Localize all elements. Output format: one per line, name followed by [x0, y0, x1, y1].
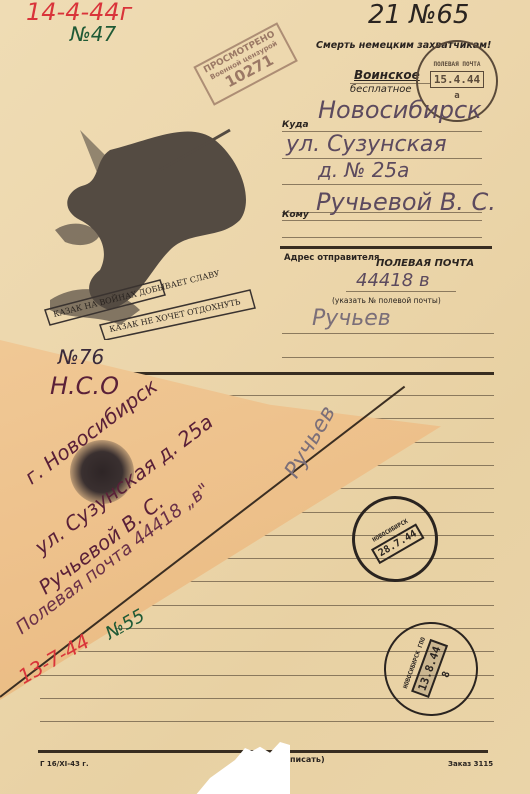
address-line — [282, 357, 494, 358]
label-besplatnoe: бесплатное — [350, 84, 412, 95]
label-komu: Кому — [282, 210, 309, 220]
writing-line — [40, 721, 494, 722]
postmark-top-date: 15.4.44 — [430, 71, 484, 88]
triangle-region: Н.С.О — [50, 372, 119, 400]
kuda-line1: Новосибирск — [318, 96, 482, 124]
postmark-top-ring-text: ПОЛЕВАЯ ПОЧТА — [430, 61, 484, 68]
letter-sheet: 14-4-44г №47 21 №65 ПРОСМОТРЕНО Военной … — [0, 0, 530, 794]
address-line — [282, 333, 494, 334]
top-right-numbers: 21 №65 — [368, 0, 469, 30]
triangle-number: №76 — [58, 345, 104, 369]
address-line — [346, 291, 456, 292]
cossack-rider-illustration: КАЗАК НА ВОЙНАХ ДОБЫВАЕТ СЛАВУ КАЗАК НЕ … — [40, 110, 270, 340]
address-line — [282, 220, 482, 221]
label-sender: Адрес отправителя — [284, 254, 354, 263]
footer-right: Заказ 3115 — [448, 760, 493, 768]
komu-value: Ручьевой В. С. — [316, 188, 496, 216]
sender-signature: Ручьев — [312, 306, 391, 331]
censor-stamp: ПРОСМОТРЕНО Военной цензурой 10271 — [193, 22, 297, 105]
sender-number: 44418 в — [356, 270, 430, 291]
label-voinskoe: Воинское — [354, 68, 420, 82]
label-polevaya-pochta: ПОЛЕВАЯ ПОЧТА — [376, 258, 474, 269]
section-divider — [280, 246, 492, 249]
green-number-top: №47 — [70, 22, 116, 46]
postmark-bottom: НОВОСИБИРСК ГПО 13.8.44 8 — [371, 609, 491, 729]
label-kuda: Куда — [282, 120, 309, 130]
kuda-line2: ул. Сузунская — [286, 132, 447, 157]
kuda-line3: д. № 25а — [318, 158, 409, 182]
address-line — [282, 237, 482, 238]
footer-left: Г 16/XI-43 г. — [40, 760, 89, 768]
sender-hint: (указать № полевой почты) — [332, 296, 441, 305]
address-line — [282, 184, 482, 185]
